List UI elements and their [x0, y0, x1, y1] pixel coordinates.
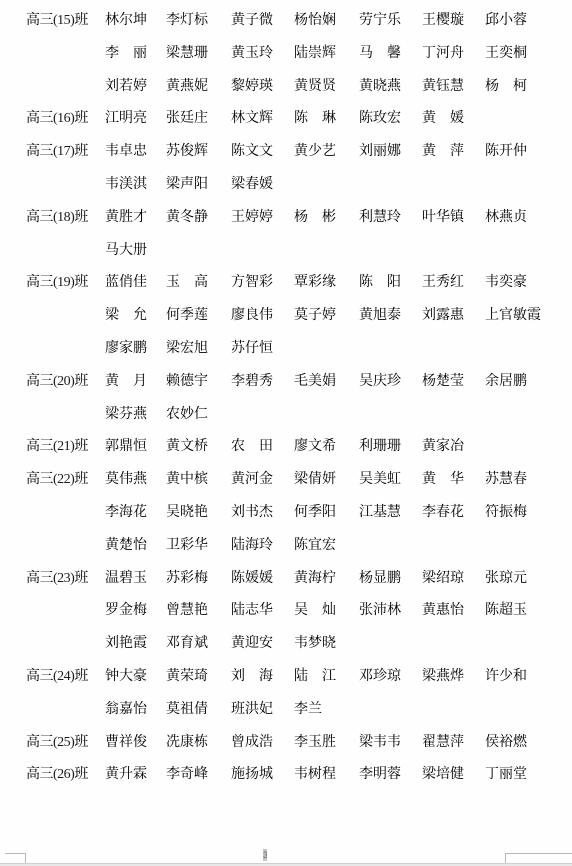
- student-name: 黄燕妮: [166, 70, 222, 103]
- class-grade: 高三: [26, 668, 53, 684]
- class-number: (22): [53, 472, 74, 487]
- student-name: 许少和: [485, 660, 541, 693]
- document-page: 高三(15)班林尔坤李灯标黄子微杨怡娴劳宁乐王樱璇邱小蓉李 丽梁慧珊黄玉玲陆崇辉…: [0, 0, 572, 866]
- student-name: 黄文桥: [166, 430, 222, 463]
- student-name: 李明蓉: [359, 758, 415, 791]
- class-row: 高三(21)班郭鼎恒黄文桥农 田廖文希利珊珊黄家冶: [0, 430, 572, 463]
- student-name: 覃彩缘: [294, 266, 350, 299]
- student-name: 黄钰慧: [422, 70, 478, 103]
- student-name: 农妙仁: [166, 398, 222, 431]
- class-number: (23): [53, 571, 74, 586]
- student-name: 苏仔恒: [231, 332, 287, 365]
- student-name: 梁 允: [105, 299, 161, 332]
- student-name: 刘若婷: [105, 70, 161, 103]
- class-number: (18): [53, 210, 74, 225]
- class-grade: 高三: [26, 209, 53, 225]
- student-name: 黄 萍: [422, 135, 478, 168]
- class-label: 高三(23)班: [26, 562, 88, 596]
- student-name: 陈 琳: [294, 102, 350, 135]
- student-name: 黄 媛: [422, 102, 478, 135]
- student-name: 李春花: [422, 496, 478, 529]
- class-label: 高三(15)班: [26, 4, 88, 38]
- student-name: 王樱璇: [422, 4, 478, 37]
- student-name: 吴庆珍: [359, 365, 415, 398]
- class-grade: 高三: [26, 110, 53, 126]
- student-name: 翟慧萍: [422, 726, 478, 759]
- student-name: 劳宁乐: [359, 4, 415, 37]
- class-row: 李 丽梁慧珊黄玉玲陆崇辉马 馨丁河舟王奕桐: [0, 37, 572, 70]
- class-label: 高三(20)班: [26, 365, 88, 399]
- student-name: 李海花: [105, 496, 161, 529]
- class-label: 高三(21)班: [26, 430, 88, 464]
- student-name: 曹祥俊: [105, 726, 161, 759]
- student-name: 黄玉玲: [231, 37, 287, 70]
- student-name: 陆 江: [294, 660, 350, 693]
- class-number: (20): [53, 374, 74, 389]
- class-suffix: 班: [74, 734, 88, 750]
- student-name: 黄 月: [105, 365, 161, 398]
- student-name: 施扬城: [231, 758, 287, 791]
- class-suffix: 班: [74, 110, 88, 126]
- student-name: 杨怡娴: [294, 4, 350, 37]
- student-name: 方智彩: [231, 266, 287, 299]
- student-name: 韦渼淇: [105, 168, 161, 201]
- class-row: 黄楚怡卫彩华陆海玲陈宜宏: [0, 529, 572, 562]
- student-name: 梁宏旭: [166, 332, 222, 365]
- student-name: 陈文文: [231, 135, 287, 168]
- student-name: 张琼元: [485, 562, 541, 595]
- student-name: 苏俊辉: [166, 135, 222, 168]
- student-name: 韦树程: [294, 758, 350, 791]
- class-row: 高三(26)班黄升霖李奇峰施扬城韦树程李明蓉梁培健丁丽堂: [0, 758, 572, 791]
- student-name: 陆崇辉: [294, 37, 350, 70]
- student-name: 玉 高: [166, 266, 222, 299]
- student-name: 曾慧艳: [166, 594, 222, 627]
- student-name: 梁倩妍: [294, 463, 350, 496]
- student-name: 黄子微: [231, 4, 287, 37]
- student-name: 黄升霖: [105, 758, 161, 791]
- student-name: 黄家冶: [422, 430, 478, 463]
- student-name: 邓珍琼: [359, 660, 415, 693]
- class-row: 马大册: [0, 234, 572, 267]
- student-name: 黄晓燕: [359, 70, 415, 103]
- class-grade: 高三: [26, 373, 53, 389]
- student-name: 韦梦晓: [294, 627, 350, 660]
- class-number: (19): [53, 275, 74, 290]
- student-name: 黄 华: [422, 463, 478, 496]
- class-label: 高三(22)班: [26, 463, 88, 497]
- class-row: 高三(25)班曹祥俊冼康栋曾成浩李玉胜梁韦韦翟慧萍侯裕燃: [0, 726, 572, 759]
- class-row: 高三(19)班蓝俏佳玉 高方智彩覃彩缘陈 阳王秀红韦奕豪: [0, 266, 572, 299]
- student-name: 张廷庄: [166, 102, 222, 135]
- student-name: 杨楚莹: [422, 365, 478, 398]
- student-name: 王奕桐: [485, 37, 541, 70]
- student-name: 刘 海: [231, 660, 287, 693]
- class-row: 高三(22)班莫伟燕黄中槟黄河金梁倩妍吴美虹黄 华苏慧春: [0, 463, 572, 496]
- class-row: 高三(16)班江明亮张廷庄林文辉陈 琳陈玫宏黄 媛: [0, 102, 572, 135]
- student-name: 江明亮: [105, 102, 161, 135]
- class-row: 梁芬燕农妙仁: [0, 398, 572, 431]
- student-name: 利珊珊: [359, 430, 415, 463]
- student-name: 符振梅: [485, 496, 541, 529]
- student-name: 梁韦韦: [359, 726, 415, 759]
- class-suffix: 班: [74, 471, 88, 487]
- student-name: 马 馨: [359, 37, 415, 70]
- student-name: 苏慧春: [485, 463, 541, 496]
- student-name: 张沛林: [359, 594, 415, 627]
- student-name: 李灯标: [166, 4, 222, 37]
- student-name: 钟大豪: [105, 660, 161, 693]
- class-grade: 高三: [26, 570, 53, 586]
- student-name: 罗金梅: [105, 594, 161, 627]
- student-name: 马大册: [105, 234, 161, 267]
- class-number: (21): [53, 439, 74, 454]
- class-grade: 高三: [26, 274, 53, 290]
- class-row: 韦渼淇梁声阳梁春媛: [0, 168, 572, 201]
- class-suffix: 班: [74, 766, 88, 782]
- student-name: 黄河金: [231, 463, 287, 496]
- class-suffix: 班: [74, 570, 88, 586]
- student-name: 梁绍琼: [422, 562, 478, 595]
- class-label: 高三(26)班: [26, 758, 88, 792]
- class-row: 李海花吴晓艳刘书杰何季阳江基慧李春花符振梅: [0, 496, 572, 529]
- student-name: 黄迎安: [231, 627, 287, 660]
- student-name: 曾成浩: [231, 726, 287, 759]
- student-name: 何季阳: [294, 496, 350, 529]
- class-suffix: 班: [74, 373, 88, 389]
- class-suffix: 班: [74, 274, 88, 290]
- student-name: 莫伟燕: [105, 463, 161, 496]
- class-label: 高三(25)班: [26, 726, 88, 760]
- class-row: 高三(20)班黄 月赖德宇李碧秀毛美娟吴庆珍杨楚莹余居鹏: [0, 365, 572, 398]
- student-name: 梁芬燕: [105, 398, 161, 431]
- student-name: 班洪妃: [231, 693, 287, 726]
- student-name: 莫子婷: [294, 299, 350, 332]
- class-label: 高三(19)班: [26, 266, 88, 300]
- student-name: 林燕贞: [485, 201, 541, 234]
- student-name: 温碧玉: [105, 562, 161, 595]
- class-roster: 高三(15)班林尔坤李灯标黄子微杨怡娴劳宁乐王樱璇邱小蓉李 丽梁慧珊黄玉玲陆崇辉…: [0, 4, 572, 791]
- student-name: 陆志华: [231, 594, 287, 627]
- student-name: 黄楚怡: [105, 529, 161, 562]
- student-name: 郭鼎恒: [105, 430, 161, 463]
- class-grade: 高三: [26, 734, 53, 750]
- class-number: (17): [53, 144, 74, 159]
- student-name: 丁丽堂: [485, 758, 541, 791]
- student-name: 黄旭泰: [359, 299, 415, 332]
- class-grade: 高三: [26, 143, 53, 159]
- class-suffix: 班: [74, 668, 88, 684]
- student-name: 刘艳霞: [105, 627, 161, 660]
- student-name: 陈玫宏: [359, 102, 415, 135]
- student-name: 陈宜宏: [294, 529, 350, 562]
- student-name: 毛美娟: [294, 365, 350, 398]
- student-name: 韦卓忠: [105, 135, 161, 168]
- class-grade: 高三: [26, 12, 53, 28]
- class-row: 罗金梅曾慧艳陆志华吴 灿张沛林黄惠怡陈超玉: [0, 594, 572, 627]
- student-name: 江基慧: [359, 496, 415, 529]
- student-name: 叶华镇: [422, 201, 478, 234]
- student-name: 廖良伟: [231, 299, 287, 332]
- student-name: 冼康栋: [166, 726, 222, 759]
- class-row: 刘若婷黄燕妮黎婷瑛黄贤贤黄晓燕黄钰慧杨 柯: [0, 70, 572, 103]
- student-name: 陈超玉: [485, 594, 541, 627]
- student-name: 梁培健: [422, 758, 478, 791]
- student-name: 林尔坤: [105, 4, 161, 37]
- class-number: (15): [53, 13, 74, 28]
- student-name: 梁燕烨: [422, 660, 478, 693]
- class-grade: 高三: [26, 471, 53, 487]
- student-name: 利慧玲: [359, 201, 415, 234]
- student-name: 苏彩梅: [166, 562, 222, 595]
- class-row: 高三(15)班林尔坤李灯标黄子微杨怡娴劳宁乐王樱璇邱小蓉: [0, 4, 572, 37]
- student-name: 李奇峰: [166, 758, 222, 791]
- student-name: 杨显鹏: [359, 562, 415, 595]
- student-name: 卫彩华: [166, 529, 222, 562]
- student-name: 刘丽娜: [359, 135, 415, 168]
- student-name: 翁嘉怡: [105, 693, 161, 726]
- student-name: 吴 灿: [294, 594, 350, 627]
- student-name: 李碧秀: [231, 365, 287, 398]
- student-name: 杨 彬: [294, 201, 350, 234]
- student-name: 林文辉: [231, 102, 287, 135]
- class-row: 高三(17)班韦卓忠苏俊辉陈文文黄少艺刘丽娜黄 萍陈开仲: [0, 135, 572, 168]
- student-name: 黄荣琦: [166, 660, 222, 693]
- student-name: 莫祖倩: [166, 693, 222, 726]
- student-name: 杨 柯: [485, 70, 541, 103]
- student-name: 廖家鹏: [105, 332, 161, 365]
- student-name: 王秀红: [422, 266, 478, 299]
- student-name: 黄胜才: [105, 201, 161, 234]
- student-name: 丁河舟: [422, 37, 478, 70]
- student-name: 蓝俏佳: [105, 266, 161, 299]
- student-name: 黄贤贤: [294, 70, 350, 103]
- student-name: 陈 阳: [359, 266, 415, 299]
- student-name: 梁声阳: [166, 168, 222, 201]
- class-label: 高三(18)班: [26, 201, 88, 235]
- student-name: 何季莲: [166, 299, 222, 332]
- class-row: 高三(23)班温碧玉苏彩梅陈媛媛黄海柠杨显鹏梁绍琼张琼元: [0, 562, 572, 595]
- class-row: 刘艳霞邓育斌黄迎安韦梦晓: [0, 627, 572, 660]
- class-row: 高三(18)班黄胜才黄冬静王婷婷杨 彬利慧玲叶华镇林燕贞: [0, 201, 572, 234]
- class-grade: 高三: [26, 766, 53, 782]
- student-name: 黄惠怡: [422, 594, 478, 627]
- student-name: 黄中槟: [166, 463, 222, 496]
- class-grade: 高三: [26, 438, 53, 454]
- student-name: 邱小蓉: [485, 4, 541, 37]
- student-name: 李兰: [294, 693, 350, 726]
- class-suffix: 班: [74, 12, 88, 28]
- class-number: (24): [53, 669, 74, 684]
- student-name: 黎婷瑛: [231, 70, 287, 103]
- student-name: 吴晓艳: [166, 496, 222, 529]
- class-suffix: 班: [74, 209, 88, 225]
- class-suffix: 班: [74, 438, 88, 454]
- student-name: 上官敏霞: [485, 299, 541, 332]
- student-name: 刘露惠: [422, 299, 478, 332]
- class-number: (25): [53, 735, 74, 750]
- student-name: 黄海柠: [294, 562, 350, 595]
- student-name: 王婷婷: [231, 201, 287, 234]
- student-name: 李玉胜: [294, 726, 350, 759]
- class-label: 高三(16)班: [26, 102, 88, 136]
- class-label: 高三(17)班: [26, 135, 88, 169]
- class-suffix: 班: [74, 143, 88, 159]
- student-name: 陆海玲: [231, 529, 287, 562]
- class-number: (16): [53, 111, 74, 126]
- student-name: 梁春媛: [231, 168, 287, 201]
- class-row: 高三(24)班钟大豪黄荣琦刘 海陆 江邓珍琼梁燕烨许少和: [0, 660, 572, 693]
- student-name: 余居鹏: [485, 365, 541, 398]
- student-name: 侯裕燃: [485, 726, 541, 759]
- student-name: 廖文希: [294, 430, 350, 463]
- student-name: 邓育斌: [166, 627, 222, 660]
- student-name: 梁慧珊: [166, 37, 222, 70]
- student-name: 陈媛媛: [231, 562, 287, 595]
- class-number: (26): [53, 767, 74, 782]
- class-row: 廖家鹏梁宏旭苏仔恒: [0, 332, 572, 365]
- student-name: 赖德宇: [166, 365, 222, 398]
- class-row: 梁 允何季莲廖良伟莫子婷黄旭泰刘露惠上官敏霞: [0, 299, 572, 332]
- student-name: 黄冬静: [166, 201, 222, 234]
- student-name: 黄少艺: [294, 135, 350, 168]
- student-name: 李 丽: [105, 37, 161, 70]
- class-label: 高三(24)班: [26, 660, 88, 694]
- student-name: 陈开仲: [485, 135, 541, 168]
- class-row: 翁嘉怡莫祖倩班洪妃李兰: [0, 693, 572, 726]
- student-name: 吴美虹: [359, 463, 415, 496]
- student-name: 韦奕豪: [485, 266, 541, 299]
- student-name: 刘书杰: [231, 496, 287, 529]
- page-number: 3: [263, 849, 267, 861]
- student-name: 农 田: [231, 430, 287, 463]
